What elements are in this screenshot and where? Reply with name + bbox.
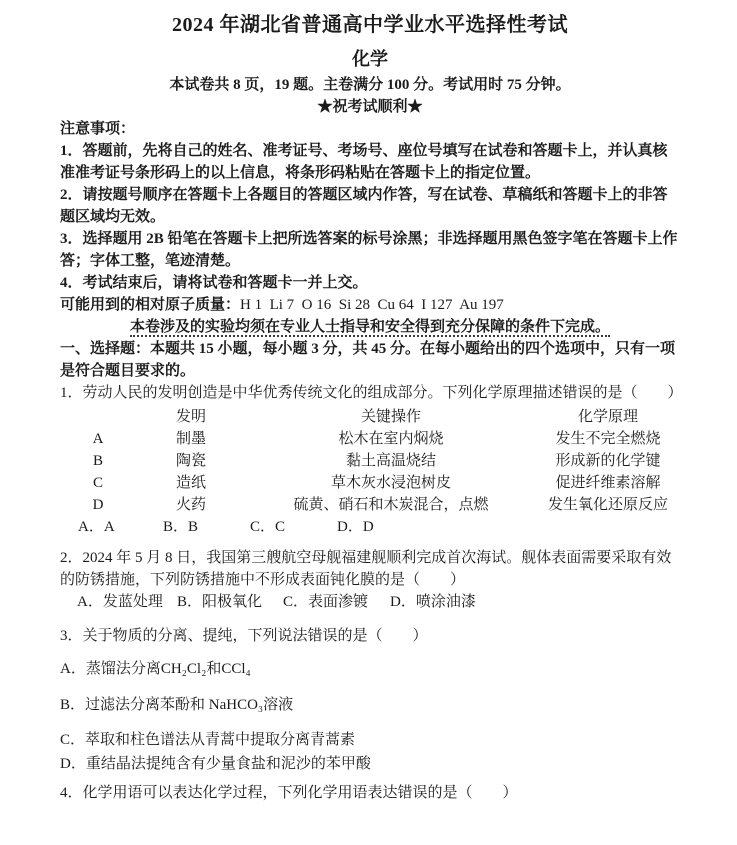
atomic-mass-line: 可能用到的相对原子质量：H 1 Li 7 O 16 Si 28 Cu 64 I … xyxy=(60,294,680,316)
question-4: 4．化学用语可以表达化学过程，下列化学用语表达错误的是（ ） xyxy=(60,782,680,804)
row-operation: 黏土高温烧结 xyxy=(246,450,536,472)
question-2-options: A．发蓝处理B．阳极氧化C．表面渗镀D．喷涂油漆 xyxy=(60,591,680,613)
notice-item-1: 1．答题前，先将自己的姓名、准考证号、考场号、座位号填写在试卷和答题卡上，并认真… xyxy=(60,140,680,184)
page-title: 2024 年湖北省普通高中学业水平选择性考试 xyxy=(60,12,680,39)
table-row: C 造纸 草木灰水浸泡树皮 促进纤维素溶解 xyxy=(60,472,680,494)
table-row: B 陶瓷 黏土高温烧结 形成新的化学键 xyxy=(60,450,680,472)
atomic-mass-values: H 1 Li 7 O 16 Si 28 Cu 64 I 127 Au 197 xyxy=(240,297,504,313)
table-header-operation: 关键操作 xyxy=(246,406,536,428)
safety-note: 本卷涉及的实验均须在专业人士指导和安全得到充分保障的条件下完成。 xyxy=(130,319,610,337)
option-b: B．阳极氧化 xyxy=(177,591,283,613)
exam-info-line: 本试卷共 8 页，19 题。主卷满分 100 分。考试用时 75 分钟。 xyxy=(60,74,680,96)
subject-title: 化学 xyxy=(60,46,680,72)
row-label: B xyxy=(60,450,136,472)
notice-item-4: 4．考试结束后，请将试卷和答题卡一并上交。 xyxy=(60,272,680,294)
question-1-stem: 1．劳动人民的发明创造是中华优秀传统文化的组成部分。下列化学原理描述错误的是（ … xyxy=(60,382,680,404)
question-2-stem: 2．2024 年 5 月 8 日，我国第三艘航空母舰福建舰顺利完成首次海试。舰体… xyxy=(60,547,680,591)
question-3-stem: 3．关于物质的分离、提纯，下列说法错误的是（ ） xyxy=(60,625,680,647)
option-text: A．蒸馏法分离 xyxy=(60,661,161,677)
table-row: D 火药 硫黄、硝石和木炭混合，点燃 发生氧化还原反应 xyxy=(60,494,680,516)
chemical-formula: CCl₄ xyxy=(221,661,250,677)
row-label: C xyxy=(60,472,136,494)
option-text: 和 xyxy=(206,661,221,677)
row-principle: 发生不完全燃烧 xyxy=(536,428,680,450)
option-d: D．重结晶法提纯含有少量食盐和泥沙的苯甲酸 xyxy=(60,753,680,775)
row-principle: 形成新的化学键 xyxy=(536,450,680,472)
notice-heading: 注意事项： xyxy=(60,118,680,140)
question-1-options: A．AB．BC．CD．D xyxy=(60,516,680,538)
notice-item-3: 3．选择题用 2B 铅笔在答题卡上把所选答案的标号涂黑；非选择题用黑色签字笔在答… xyxy=(60,228,680,272)
row-operation: 松木在室内焖烧 xyxy=(246,428,536,450)
table-row: A 制墨 松木在室内焖烧 发生不完全燃烧 xyxy=(60,428,680,450)
row-operation: 草木灰水浸泡树皮 xyxy=(246,472,536,494)
option-b: B．B xyxy=(163,516,250,538)
row-label: D xyxy=(60,494,136,516)
chemical-formula: NaHCO₃ xyxy=(209,697,263,713)
table-header-row: 发明 关键操作 化学原理 xyxy=(60,406,680,428)
notice-section: 注意事项： 1．答题前，先将自己的姓名、准考证号、考场号、座位号填写在试卷和答题… xyxy=(60,118,680,338)
exam-wish-line: ★祝考试顺利★ xyxy=(60,96,680,118)
row-principle: 发生氧化还原反应 xyxy=(536,494,680,516)
table-header-principle: 化学原理 xyxy=(536,406,680,428)
question-2: 2．2024 年 5 月 8 日，我国第三艘航空母舰福建舰顺利完成首次海试。舰体… xyxy=(60,547,680,613)
option-c: C．表面渗镀 xyxy=(283,591,390,613)
row-invention: 火药 xyxy=(136,494,246,516)
question-4-stem: 4．化学用语可以表达化学过程，下列化学用语表达错误的是（ ） xyxy=(60,782,680,804)
row-invention: 造纸 xyxy=(136,472,246,494)
invention-table: 发明 关键操作 化学原理 A 制墨 松木在室内焖烧 发生不完全燃烧 B 陶瓷 黏… xyxy=(60,406,680,516)
notice-item-2: 2．请按题号顺序在答题卡上各题目的答题区域内作答，写在试卷、草稿纸和答题卡上的非… xyxy=(60,184,680,228)
row-invention: 陶瓷 xyxy=(136,450,246,472)
option-a: A．发蓝处理 xyxy=(77,591,177,613)
table-header-invention: 发明 xyxy=(136,406,246,428)
option-text: 溶液 xyxy=(263,697,293,713)
option-d: D．喷涂油漆 xyxy=(390,591,476,613)
atomic-mass-label: 可能用到的相对原子质量： xyxy=(60,297,240,313)
option-text: B．过滤法分离苯酚和 xyxy=(60,697,209,713)
row-invention: 制墨 xyxy=(136,428,246,450)
chemical-formula: CH₂Cl₂ xyxy=(161,661,206,677)
option-d: D．D xyxy=(337,516,374,538)
safety-note-line: 本卷涉及的实验均须在专业人士指导和安全得到充分保障的条件下完成。 xyxy=(60,316,680,338)
question-1: 1．劳动人民的发明创造是中华优秀传统文化的组成部分。下列化学原理描述错误的是（ … xyxy=(60,382,680,538)
section-1-heading: 一、选择题：本题共 15 小题，每小题 3 分，共 45 分。在每小题给出的四个… xyxy=(60,338,680,382)
row-principle: 促进纤维素溶解 xyxy=(536,472,680,494)
row-label: A xyxy=(60,428,136,450)
table-header-blank xyxy=(60,406,136,428)
exam-paper-page: 2024 年湖北省普通高中学业水平选择性考试 化学 本试卷共 8 页，19 题。… xyxy=(0,0,737,845)
row-operation: 硫黄、硝石和木炭混合，点燃 xyxy=(246,494,536,516)
option-c: C．萃取和柱色谱法从青蒿中提取分离青蒿素 xyxy=(60,729,680,751)
option-c: C．C xyxy=(250,516,337,538)
option-b: B．过滤法分离苯酚和 NaHCO₃溶液 xyxy=(60,694,680,716)
option-a: A．A xyxy=(78,516,163,538)
question-3: 3．关于物质的分离、提纯，下列说法错误的是（ ） A．蒸馏法分离CH₂Cl₂和C… xyxy=(60,625,680,775)
option-a: A．蒸馏法分离CH₂Cl₂和CCl₄ xyxy=(60,658,680,680)
